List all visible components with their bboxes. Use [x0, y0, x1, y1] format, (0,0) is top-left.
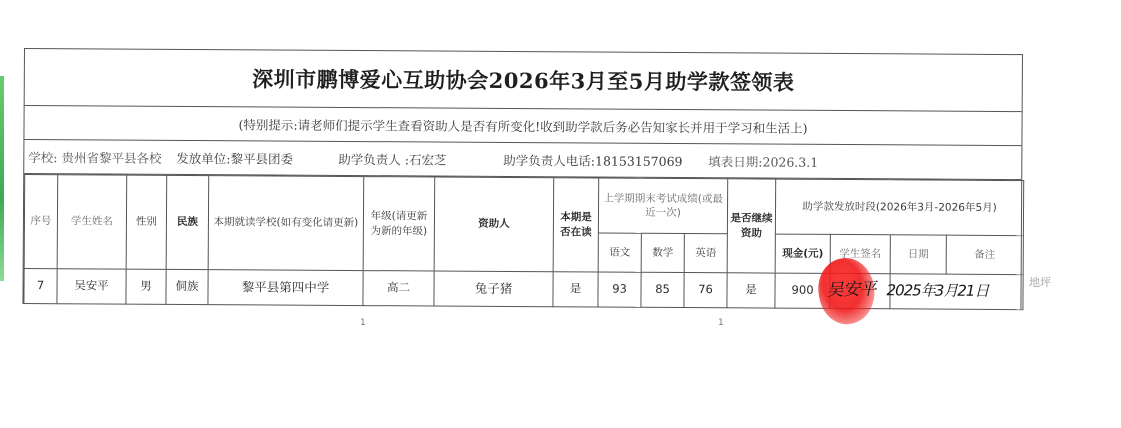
- school-info: 学校: 贵州省黎平县各校: [28, 148, 176, 167]
- header-row-1: 序号 学生姓名 性别 民族 本期就读学校(如有变化请更新) 年级(请更新为新的年…: [24, 175, 1023, 236]
- page-mark: 1: [718, 318, 724, 328]
- header-grade: 年级(请更新为新的年级): [363, 177, 435, 271]
- cell-signature: 吴安平: [830, 273, 890, 308]
- header-continue: 是否继续资助: [727, 179, 776, 273]
- handwritten-signature: 吴安平: [826, 278, 876, 302]
- cell-enrolled: 是: [553, 272, 598, 307]
- contact-phone: 助学负责人电话:18153157069: [503, 150, 708, 169]
- contact-person: 助学负责人 :石宏芝: [338, 149, 503, 168]
- header-score-math: 数学: [641, 233, 684, 272]
- header-score-english: 英语: [684, 234, 727, 273]
- header-gender: 性别: [126, 175, 167, 269]
- header-enrolled: 本期是否在读: [553, 178, 599, 272]
- issuer-info: 发放单位:黎平县团委: [176, 148, 338, 167]
- header-score-chinese: 语文: [598, 233, 641, 272]
- cell-school: 黎平县第四中学: [208, 270, 363, 306]
- document-title: 深圳市鹏博爱心互助协会2026年3月至5月助学款签领表: [25, 49, 1022, 112]
- cell-sponsor: 兔子猪: [434, 271, 553, 307]
- header-signature: 学生签名: [830, 234, 890, 273]
- header-seq: 序号: [24, 175, 58, 269]
- sign-off-sheet: 深圳市鹏博爱心互助协会2026年3月至5月助学款签领表 (特别提示:请老师们提示…: [22, 48, 1023, 310]
- fill-date: 填表日期:2026.3.1: [708, 152, 818, 171]
- cell-score-chinese: 93: [598, 272, 641, 307]
- handwritten-date: 2025年3月21日: [887, 280, 989, 301]
- side-note: 地坪: [1029, 274, 1051, 290]
- table-row: 7 吴安平 男 侗族 黎平县第四中学 高二 兔子猪 是 93 85 76 是 9…: [24, 269, 1023, 310]
- cell-score-english: 76: [684, 273, 727, 308]
- roster-table: 序号 学生姓名 性别 民族 本期就读学校(如有变化请更新) 年级(请更新为新的年…: [23, 174, 1024, 310]
- cell-score-math: 85: [641, 272, 684, 307]
- cell-continue: 是: [727, 273, 775, 308]
- header-date: 日期: [890, 235, 946, 274]
- cell-date: 2025年3月21日: [890, 274, 1023, 310]
- header-school: 本期就读学校(如有变化请更新): [208, 176, 364, 271]
- header-disbursement-group: 助学款发放时段(2026年3月-2026年5月): [775, 179, 1023, 236]
- header-name: 学生姓名: [57, 175, 127, 269]
- header-remarks: 备注: [946, 235, 1023, 274]
- header-scores-group: 上学期期末考试成绩(或最近一次): [598, 178, 727, 234]
- green-edge-strip: [0, 76, 4, 281]
- cell-gender: 男: [126, 269, 166, 304]
- cell-seq: 7: [24, 269, 57, 304]
- header-cash: 现金(元): [775, 234, 830, 273]
- cell-ethnicity: 侗族: [166, 269, 208, 304]
- cell-cash: 900: [775, 273, 830, 308]
- cell-name: 吴安平: [57, 269, 126, 304]
- header-sponsor: 资助人: [434, 177, 554, 272]
- cell-grade: 高二: [363, 271, 434, 306]
- page-mark: 1: [360, 318, 366, 328]
- header-ethnicity: 民族: [166, 175, 209, 269]
